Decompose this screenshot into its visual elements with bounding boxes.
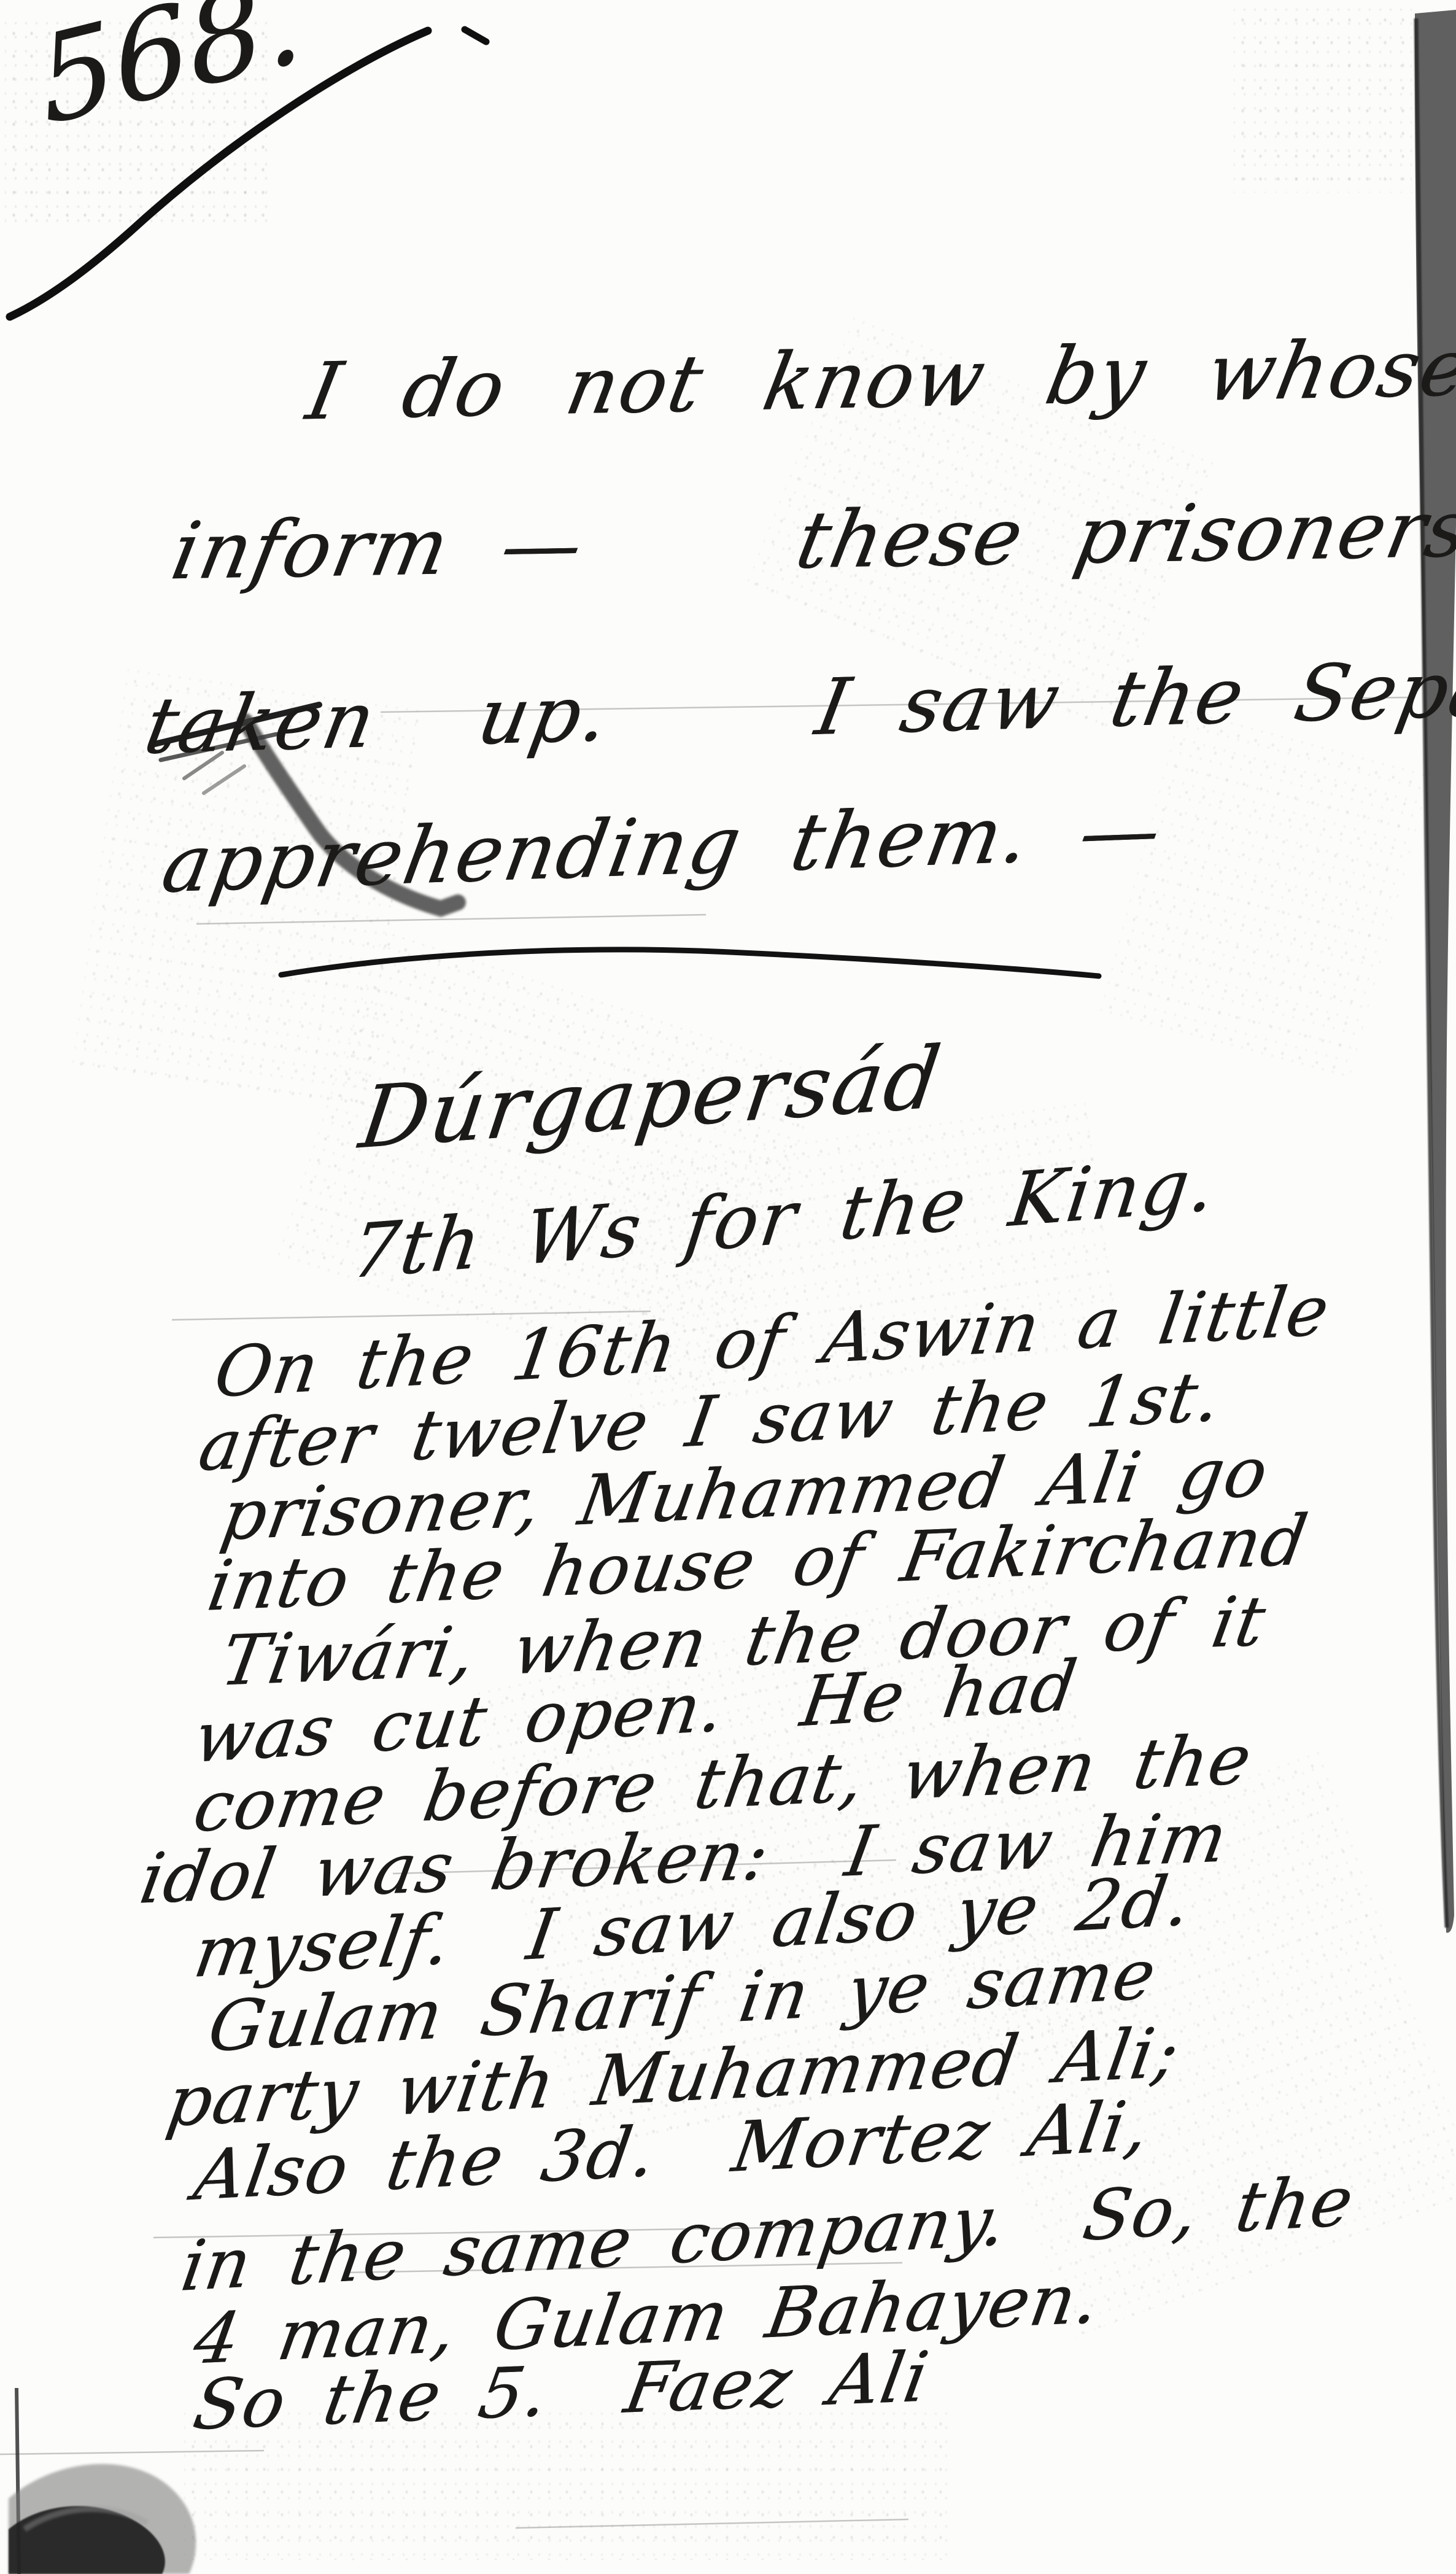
ink-blot: [9, 2464, 196, 2574]
ink-blot: [9, 2506, 165, 2574]
handwritten-line: I do not know by whose: [301, 328, 1456, 432]
paper-speckle: [1099, 709, 1430, 1084]
binding-shadow-band: [1415, 10, 1456, 1932]
page-edge-line: [17, 2388, 19, 2574]
ink-blot-highlight: [25, 2509, 147, 2529]
manuscript-page: 568. I do not know by whose inform — the…: [0, 0, 1456, 2574]
binding-shadow-edge: [1416, 18, 1447, 1928]
corner-tick-mark: [465, 29, 486, 42]
handwritten-line: inform — these prisoners were: [166, 486, 1456, 592]
paper-speckle: [1234, 9, 1412, 193]
